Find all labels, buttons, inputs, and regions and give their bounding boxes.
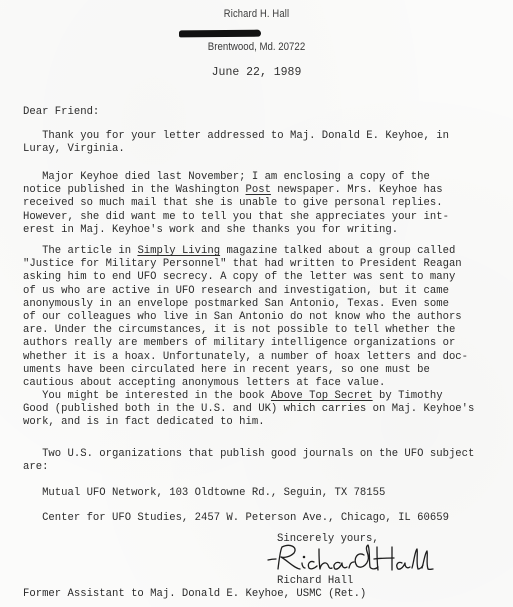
signer-title: Former Assistant to Maj. Donald E. Keyho… <box>23 588 493 601</box>
letterhead-name: Richard H. Hall <box>38 8 474 20</box>
letterhead-city: Brentwood, Md. 20722 <box>31 41 482 53</box>
p5-line: Two U.S. organizations that publish good… <box>23 448 474 460</box>
p4-line: work, and is in fact dedicated to him. <box>23 416 265 428</box>
p2-line: newspaper. Mrs. Keyhoe has <box>271 184 443 196</box>
p3-line: authors really are members of military i… <box>23 337 455 349</box>
p3-line: magazine talked about a group called <box>220 245 455 257</box>
p1-line: Luray, Virginia. <box>23 143 125 155</box>
p2-line: notice published in the Washington <box>23 184 246 196</box>
p3-line: of us who are active in UFO research and… <box>23 285 449 297</box>
p2-line: However, she did want me to tell you tha… <box>23 211 449 223</box>
p3-line: cautious about accepting anonymous lette… <box>23 377 385 389</box>
paragraph-simply-living: The article in Simply Living magazine ta… <box>23 245 493 390</box>
handwritten-signature <box>264 541 434 575</box>
p2-line: received so much mail that she is unable… <box>23 197 443 209</box>
p3-line: "Justice for Military Personnel" that ha… <box>23 258 462 270</box>
p4-line: You might be interested in the book <box>23 390 271 402</box>
newspaper-title: Post <box>246 184 271 196</box>
p3-line: are. Under the circumstances, it is not … <box>23 324 455 336</box>
organization-address: Center for UFO Studies, 2457 W. Peterson… <box>23 512 493 525</box>
p3-line: uments have been circulated here in rece… <box>23 364 430 376</box>
book-title: Above Top Secret <box>271 390 373 402</box>
redacted-address <box>179 30 261 38</box>
letter-date: June 22, 1989 <box>0 66 513 79</box>
p3-line: anonymously in an envelope postmarked Sa… <box>23 298 449 310</box>
p2-line: erest in Maj. Keyhoe's work and she than… <box>23 224 398 236</box>
signer-name: Richard Hall <box>277 575 513 588</box>
letter-page: Richard H. Hall Brentwood, Md. 20722 Jun… <box>0 0 513 607</box>
paragraph-book: You might be interested in the book Abov… <box>23 390 493 430</box>
p3-line: asking him to end UFO secrecy. A copy of… <box>23 271 455 283</box>
p1-line: Thank you for your letter addressed to M… <box>23 130 449 142</box>
p3-line: whether it is a hoax. Unfortunately, a n… <box>23 351 468 363</box>
organization-address: Mutual UFO Network, 103 Oldtowne Rd., Se… <box>23 487 493 500</box>
p5-line: are: <box>23 461 48 473</box>
p4-line: Good (published both in the U.S. and UK)… <box>23 403 474 415</box>
p4-line: by Timothy <box>373 390 443 402</box>
p3-line: The article in <box>23 245 137 257</box>
paragraph-thanks: Thank you for your letter addressed to M… <box>23 130 493 156</box>
greeting: Dear Friend: <box>23 106 493 119</box>
paragraph-organizations: Two U.S. organizations that publish good… <box>23 448 493 474</box>
p3-line: of our colleagues who live in San Antoni… <box>23 311 462 323</box>
paragraph-keyhoe-death: Major Keyhoe died last November; I am en… <box>23 171 493 237</box>
p2-line: Major Keyhoe died last November; I am en… <box>23 171 430 183</box>
magazine-title: Simply Living <box>137 245 220 257</box>
